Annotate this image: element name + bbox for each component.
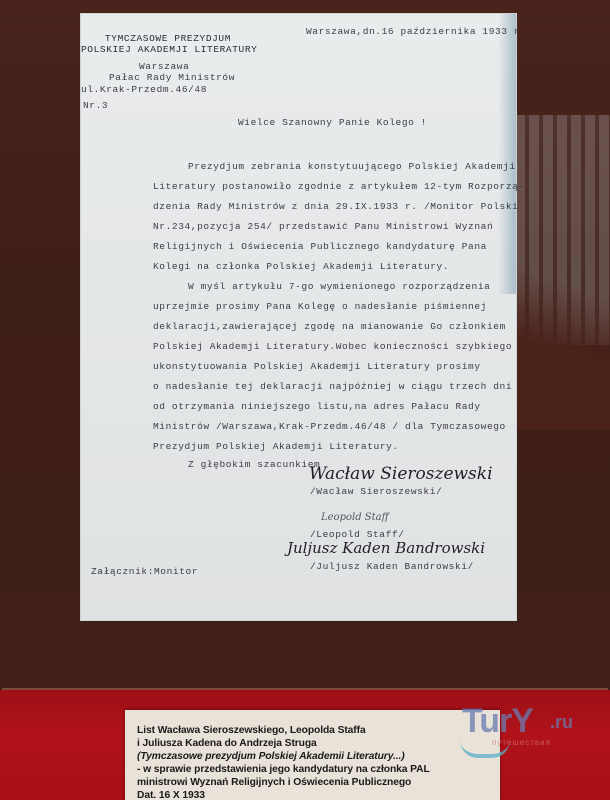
caption-line: ministrowi Wyznań Religijnych i Oświecen… (137, 777, 411, 788)
body-line: Prezydjum zebrania konstytuującego Polsk… (188, 161, 516, 172)
body-line: deklaracji,zawierającej zgodę na mianowa… (153, 321, 506, 332)
body-line: Polskiej Akademji Literatury.Wobec konie… (153, 341, 512, 352)
body-line: Nr.234,pozycja 254/ przedstawić Panu Min… (153, 221, 493, 232)
signature-handwritten: Juljusz Kaden Bandrowski (287, 539, 485, 557)
body-line: ukonstytuowania Polskiej Akademji Litera… (153, 361, 481, 372)
signature-handwritten: Leopold Staff (321, 512, 389, 523)
caption-line: (Tymczasowe prezydjum Polskiej Akademii … (137, 751, 405, 762)
body-line: Literatury postanowiło zgodnie z artykuł… (153, 181, 525, 192)
closing: Z głębokim szacunkiem (188, 459, 320, 470)
caption-line: i Juliusza Kadena do Andrzeja Struga (137, 738, 317, 749)
caption-line: - w sprawie przedstawienia jego kandydat… (137, 764, 430, 775)
caption-plaque: List Wacława Sieroszewskiego, Leopolda S… (125, 710, 500, 800)
watermark-tagline: путешествия (492, 738, 551, 747)
letterhead-line: ul.Krak-Przedm.46/48 (81, 84, 207, 95)
letter-date: Warszawa,dn.16 października 1933 r (306, 26, 520, 37)
caption-line: Dat. 16 X 1933 (137, 790, 205, 800)
salutation: Wielce Szanowny Panie Kolego ! (238, 117, 427, 128)
paper-stain (498, 14, 516, 294)
tury-watermark: TurY .ru путешествия (452, 688, 602, 758)
body-line: od otrzymania niniejszego listu,na adres… (153, 401, 481, 412)
letterhead-line: Warszawa (139, 61, 189, 72)
body-line: Religijnych i Oświecenia Publicznego kan… (153, 241, 487, 252)
body-line: Ministrów /Warszawa,Krak-Przedm.46/48 / … (153, 421, 506, 432)
body-line: Prezydjum Polskiej Akademji Literatury. (153, 441, 399, 452)
letterhead-line: Pałac Rady Ministrów (109, 72, 235, 83)
typed-letter: TYMCZASOWE PREZYDJUM POLSKIEJ AKADEMJI L… (81, 14, 516, 620)
body-line: dzenia Rady Ministrów z dnia 29.IX.1933 … (153, 201, 518, 212)
body-line: o nadesłanie tej deklaracji najpóźniej w… (153, 381, 512, 392)
signature-handwritten: Wacław Sieroszewski (309, 464, 493, 484)
letterhead-line: TYMCZASOWE PREZYDJUM (105, 33, 231, 44)
document-number: Nr.3 (83, 100, 108, 111)
body-line: uprzejmie prosimy Pana Kolegę o nadesłan… (153, 301, 487, 312)
body-line: Kolegi na członka Polskiej Akademji Lite… (153, 261, 449, 272)
caption-line: List Wacława Sieroszewskiego, Leopolda S… (137, 725, 366, 736)
watermark-tld: .ru (550, 712, 573, 733)
signature-typed: /Juljusz Kaden Bandrowski/ (310, 561, 474, 572)
watermark-brand: TurY (462, 702, 533, 741)
body-line: W myśl artykułu 7-go wymienionego rozpor… (188, 281, 490, 292)
letterhead-line: POLSKIEJ AKADEMJI LITERATURY (81, 44, 257, 55)
signature-typed: /Wacław Sieroszewski/ (310, 486, 442, 497)
attachment-note: Załącznik:Monitor (91, 566, 198, 577)
